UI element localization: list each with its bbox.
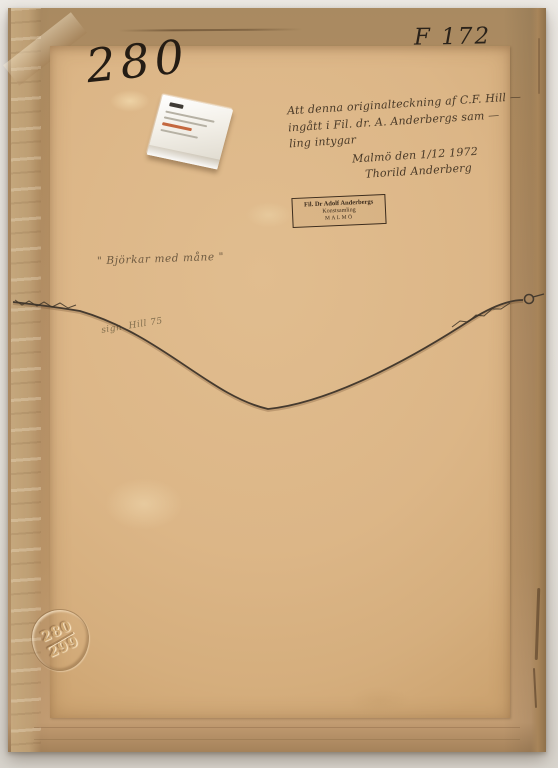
stain	[110, 90, 150, 112]
stain	[350, 686, 410, 716]
label-logo	[169, 102, 184, 109]
edition-numbers: 280 299	[39, 620, 81, 661]
stain	[105, 478, 183, 530]
collector-stamp: Fil. Dr Adolf Anderbergs Konstsamling MA…	[291, 194, 386, 228]
frame-step-edge	[34, 739, 520, 740]
certificate-inscription: Att denna originalteckning af C.F. Hill …	[287, 89, 532, 188]
label-text-line	[160, 128, 198, 138]
frame-step-edge	[34, 727, 520, 728]
inventory-number: 280	[83, 29, 191, 93]
catalog-number: F 172	[414, 23, 492, 50]
stain	[246, 202, 292, 228]
scratch-mark	[118, 28, 303, 31]
photo-backdrop: 280 F 172 Att denna originalteckning af …	[0, 0, 558, 768]
wood-streak	[538, 38, 540, 94]
frame-right-edge	[531, 8, 546, 752]
